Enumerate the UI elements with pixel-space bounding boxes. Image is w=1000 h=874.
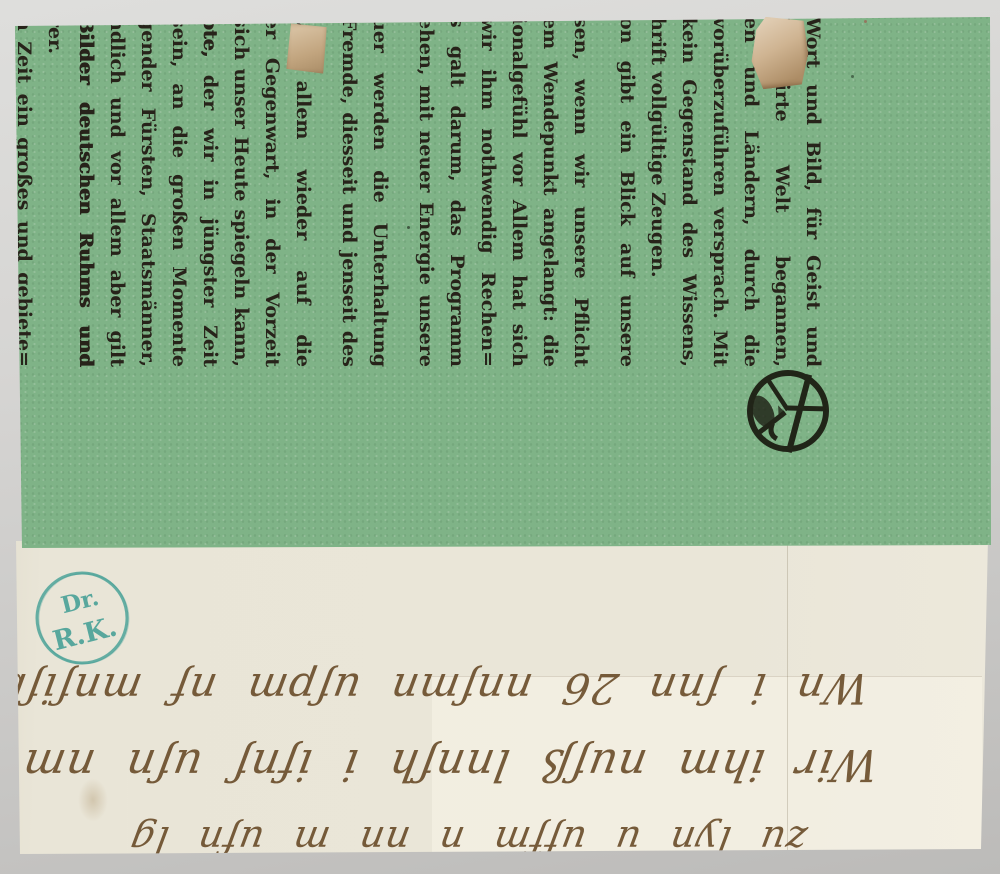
- paper-speck: [851, 75, 854, 78]
- printed-text-block: Wort und Bild, für Geist undIllustrirte …: [8, 17, 828, 367]
- handwriting-block: zu lyn u uffm n nn m ufn lgWir ihm nuſß …: [50, 650, 880, 874]
- doctor-stamp: Dr. R.K.: [26, 560, 138, 674]
- printed-line: ionalgefühl vor Allem hat sich: [503, 17, 534, 367]
- printed-line: uer werden die Unterhaltung: [364, 17, 395, 367]
- printed-line: s galt darum, das Programm: [441, 17, 472, 367]
- printed-line: hrift vollgültige Zeugen.: [642, 17, 673, 367]
- printed-line: n Zeit ein großes und gebiete=: [8, 17, 39, 367]
- printed-line: rer.: [39, 17, 70, 367]
- printed-line: wir ihm nothwendig Rechen=: [472, 17, 503, 367]
- doctor-stamp-title: Dr.: [58, 584, 101, 619]
- doctor-stamp-ring: [27, 563, 136, 672]
- printed-line: sein, an die großen Momente: [163, 17, 194, 367]
- printed-line: ote, der wir in jüngster Zeit: [194, 17, 225, 367]
- tape-fragment-left: [286, 23, 327, 73]
- printed-line: Fremde, diesseit und jenseit des: [333, 17, 364, 367]
- paper-speck: [407, 226, 410, 229]
- printed-line: ehen, mit neuer Energie unsere: [410, 17, 441, 367]
- printed-line: on gibt ein Blick auf unsere: [611, 17, 642, 367]
- printed-line: sen, wenn wir unsere Pflicht: [565, 17, 596, 367]
- printed-line: gender Fürsten, Staatsmänner,: [132, 17, 163, 367]
- printed-line: vorüberzuführen versprach. Mit: [704, 17, 735, 367]
- printed-line: kein Gegenstand des Wissens,: [673, 17, 704, 367]
- printed-line: er Gegenwart, in der Vorzeit: [256, 17, 287, 367]
- doctor-stamp-initials: R.K.: [50, 611, 120, 657]
- handwritten-line: Wn i ſnn 26 nnſmn uſpm nf mnſiſbn: [43, 650, 886, 726]
- printed-line: Bilder deutschen Ruhms und: [70, 17, 101, 367]
- photo-of-archival-clipping: zu lyn u uffm n nn m ufn lgWir ihm nuſß …: [0, 0, 1000, 874]
- handwritten-line: Wir ihm nuſß lnnſh i ifnſ uſn nm: [43, 726, 886, 802]
- paper-speck: [864, 20, 867, 23]
- printed-line: sich unser Heute spiegeln kann,: [225, 17, 256, 367]
- printed-line: ndlich und vor allem aber gilt: [101, 17, 132, 367]
- handwritten-line: zu lyn u uffm n nn m ufn lg: [43, 802, 886, 874]
- cancel-stamp: [741, 366, 837, 460]
- printed-line: em Wendepunkt angelangt: die: [534, 17, 565, 367]
